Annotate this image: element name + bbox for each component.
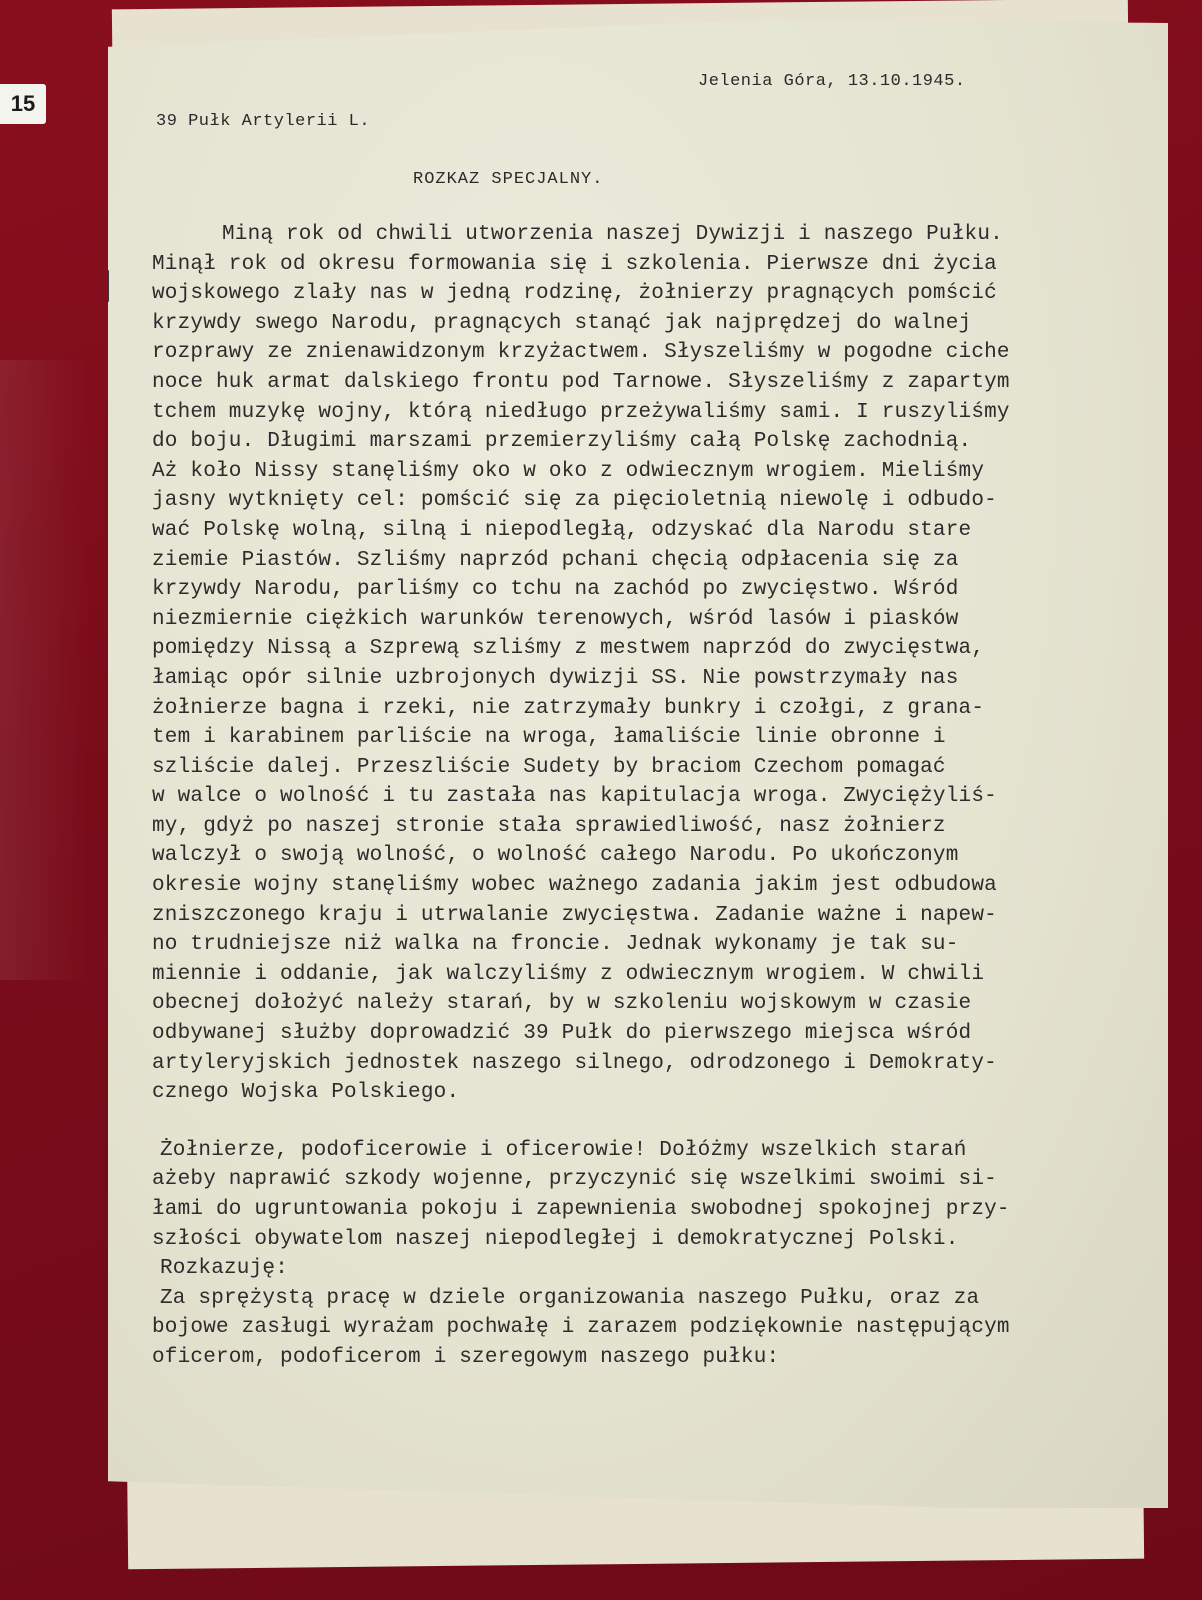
paragraph1-line: niezmiernie ciężkich warunków terenowych… <box>152 605 1152 635</box>
paragraph2-line: łami do ugruntowania pokoju i zapewnieni… <box>152 1195 1152 1225</box>
paragraph-gap <box>152 1108 1152 1136</box>
paragraph2-line: ażeby naprawić szkody wojenne, przyczyni… <box>152 1165 1152 1195</box>
paragraph1-line: Miną rok od chwili utworzenia naszej Dyw… <box>152 220 1152 250</box>
paragraph1-line: żołnierze bagna i rzeki, nie zatrzymały … <box>152 694 1152 724</box>
paragraph1-line: noce huk armat dalskiego frontu pod Tarn… <box>152 368 1152 398</box>
paragraph1-line: rozprawy ze znienawidzonym krzyżactwem. … <box>152 338 1152 368</box>
paragraph3-line: Za sprężystą pracę w dziele organizowani… <box>152 1284 1152 1314</box>
paragraph1-line: krzywdy swego Narodu, pragnących stanąć … <box>152 309 1152 339</box>
paragraph1-line: miennie i oddanie, jak walczyliśmy z odw… <box>152 960 1152 990</box>
paragraph1-line: obecnej dołożyć należy starań, by w szko… <box>152 989 1152 1019</box>
document-title: ROZKAZ SPECJALNY. <box>413 170 603 189</box>
paragraph1-line: okresie wojny stanęliśmy wobec ważnego z… <box>152 871 1152 901</box>
order-heading: Rozkazuję: <box>152 1254 1152 1284</box>
paragraph1-line: tem i karabinem parliście na wroga, łama… <box>152 723 1152 753</box>
exhibit-label: 15 <box>0 84 46 124</box>
document-page: 39 Pułk Artylerii L. Jelenia Góra, 13.10… <box>108 20 1168 1508</box>
regiment-name: 39 Pułk Artylerii L. <box>156 112 370 131</box>
paragraph1-line: do boju. Długimi marszami przemierzyliśm… <box>152 427 1152 457</box>
staple-mark <box>106 270 109 302</box>
paragraph1-line: wojskowego zlały nas w jedną rodzinę, żo… <box>152 279 1152 309</box>
staple-mark <box>96 1030 99 1062</box>
paragraph2-line: Żołnierze, podoficerowie i oficerowie! D… <box>152 1136 1152 1166</box>
paragraph2-line: szłości obywatelom naszej niepodległej i… <box>152 1225 1152 1255</box>
paragraph1-line: Aż koło Nissy stanęliśmy oko w oko z odw… <box>152 457 1152 487</box>
paragraph1-line: łamiąc opór silnie uzbrojonych dywizji S… <box>152 664 1152 694</box>
paragraph1-line: cznego Wojska Polskiego. <box>152 1078 1152 1108</box>
paragraph1-line: walczył o swoją wolność, o wolność całeg… <box>152 841 1152 871</box>
document-body: Miną rok od chwili utworzenia naszej Dyw… <box>152 220 1152 1373</box>
paragraph3-line: oficerom, podoficerom i szeregowym nasze… <box>152 1343 1152 1373</box>
paragraph1-line: artyleryjskich jednostek naszego silnego… <box>152 1049 1152 1079</box>
exhibit-number: 15 <box>11 91 35 117</box>
paragraph1-line: my, gdyż po naszej stronie stała sprawie… <box>152 812 1152 842</box>
glass-glare <box>0 360 90 980</box>
paragraph1-line: wać Polskę wolną, silną i niepodległą, o… <box>152 516 1152 546</box>
paragraph1-line: tchem muzykę wojny, którą niedługo przeż… <box>152 398 1152 428</box>
paragraph1-line: odbywanej służby doprowadzić 39 Pułk do … <box>152 1019 1152 1049</box>
paragraph1-line: w walce o wolność i tu zastała nas kapit… <box>152 782 1152 812</box>
place-date: Jelenia Góra, 13.10.1945. <box>698 72 966 91</box>
paragraph1-line: jasny wytknięty cel: pomścić się za pięc… <box>152 486 1152 516</box>
paragraph1-line: szliście dalej. Przeszliście Sudety by b… <box>152 753 1152 783</box>
paragraph1-line: no trudniejsze niż walka na froncie. Jed… <box>152 930 1152 960</box>
staple-mark <box>102 580 105 612</box>
paragraph1-line: pomiędzy Nissą a Szprewą szliśmy z mestw… <box>152 634 1152 664</box>
paragraph1-line: ziemie Piastów. Szliśmy naprzód pchani c… <box>152 546 1152 576</box>
paragraph3-line: bojowe zasługi wyrażam pochwałę i zaraze… <box>152 1313 1152 1343</box>
paragraph1-line: zniszczonego kraju i utrwalanie zwycięst… <box>152 901 1152 931</box>
paragraph1-line: krzywdy Narodu, parliśmy co tchu na zach… <box>152 575 1152 605</box>
paragraph1-line: Minął rok od okresu formowania się i szk… <box>152 250 1152 280</box>
